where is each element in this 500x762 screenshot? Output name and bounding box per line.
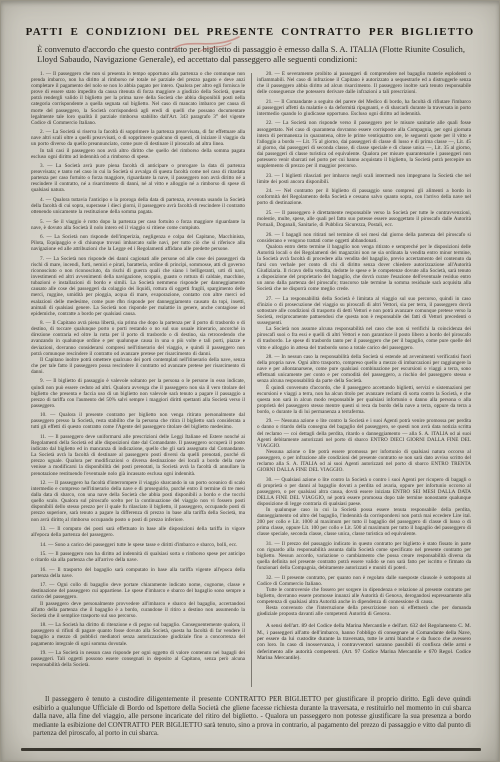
clause-22: 22. — La Società non risponde verso il p… bbox=[257, 120, 471, 169]
clause-paragraph: 15. — Il passeggero non ha diritto ad in… bbox=[31, 551, 245, 563]
clause-paragraph: 22. — La Società non risponde verso il p… bbox=[257, 120, 471, 169]
clause-8: 8. — Il Capitano avrà piena libertà, sia… bbox=[31, 320, 245, 375]
clause-17: 17. — Ogni collo di bagaglio deve portar… bbox=[31, 582, 245, 619]
clause-paragraph: 2. — La Società si riserva la facoltà di… bbox=[31, 129, 245, 147]
clause-paragraph: 1. — Il passeggero che non si presenta i… bbox=[31, 71, 245, 126]
scan-speck bbox=[433, 153, 434, 154]
clause-paragraph: La Società non assume alcuna responsabil… bbox=[257, 326, 471, 350]
contract-columns: 1. — Il passeggero che non si presenta i… bbox=[31, 71, 473, 691]
clause-paragraph: 8. — Il Capitano avrà piena libertà, sia… bbox=[31, 320, 245, 357]
clause-21: 21. — Il Comandante a seguito del parere… bbox=[257, 99, 471, 117]
clause-12: 12. — Il passeggero ha facoltà d'interro… bbox=[31, 480, 245, 523]
clause-paragraph: In tali casi il passeggero non avrà altr… bbox=[31, 148, 245, 160]
clause-paragraph: In qualunque caso in cui la Società poss… bbox=[257, 507, 471, 537]
clause-18: 18. — La Società ha diritto di ritenzion… bbox=[31, 622, 245, 646]
clause-32: 32. — Il presente contratto, per quanto … bbox=[257, 575, 471, 618]
clause-paragraph: 17. — Ogni collo di bagaglio deve portar… bbox=[31, 582, 245, 600]
clause-paragraph: 31. — Il prezzo del passaggio indicato i… bbox=[257, 541, 471, 571]
clause-paragraph: 6. — La Società non risponde dell'imperi… bbox=[31, 234, 245, 252]
clause-10: 10. — Qualora il presente contratto per … bbox=[31, 412, 245, 430]
clause-paragraph: Resta convenuto che l'interruzione della… bbox=[257, 605, 471, 617]
arms-regulation-note: A sensi dell'art. 89 del Codice della Ma… bbox=[257, 623, 471, 661]
clause-6: 6. — La Società non risponde dell'imperi… bbox=[31, 234, 245, 252]
footer-paragraph: Il passeggero è tenuto a custodire dilig… bbox=[33, 695, 471, 738]
clause-paragraph: 12. — Il passeggero ha facoltà d'interro… bbox=[31, 480, 245, 523]
scan-speck bbox=[263, 613, 265, 614]
clause-paragraph: 24. — Nel contratto per il biglietto di … bbox=[257, 188, 471, 206]
clause-20: 20. — È severamente proibito ai passegge… bbox=[257, 71, 471, 95]
clause-7: 7. — La Società non risponde dei danni c… bbox=[31, 256, 245, 317]
clause-13: 13. — Il computo dei posti sarà effettua… bbox=[31, 526, 245, 538]
clause-paragraph: 19. — La Società in nessun caso risponde… bbox=[31, 650, 245, 668]
scan-speck bbox=[63, 521, 64, 523]
clause-paragraph: 5. — Se il viaggio è rotto dopo la parte… bbox=[31, 219, 245, 231]
clause-paragraph: Tutte le controversie che fossero per so… bbox=[257, 587, 471, 605]
clause-paragraph: 9. — Il biglietto di passaggio è valevol… bbox=[31, 378, 245, 408]
clause-paragraph: Nessuna azione o lite potrà essere promo… bbox=[257, 449, 471, 473]
scan-speck bbox=[119, 299, 121, 301]
clause-26: 26. — I bagagli non ritirati nel termine… bbox=[257, 232, 471, 293]
clause-paragraph: 11. — Il passeggero deve uniformarsi all… bbox=[31, 434, 245, 477]
left-column: 1. — Il passeggero che non si presenta i… bbox=[31, 71, 245, 691]
clause-paragraph: È quindi convenuto d'accordo, che il pas… bbox=[257, 385, 471, 415]
clause-28: 28. — In nessun caso la responsabilità d… bbox=[257, 354, 471, 415]
clause-paragraph: 10. — Qualora il presente contratto per … bbox=[31, 412, 245, 430]
clause-paragraph: 32. — Il presente contratto, per quanto … bbox=[257, 575, 471, 587]
bottom-rule bbox=[21, 748, 481, 751]
clause-19: 19. — La Società in nessun caso risponde… bbox=[31, 650, 245, 668]
clause-24: 24. — Nel contratto per il biglietto di … bbox=[257, 188, 471, 206]
clause-paragraph: A sensi dell'art. 89 del Codice della Ma… bbox=[257, 623, 471, 661]
clause-paragraph: 26. — I bagagli non ritirati nel termine… bbox=[257, 232, 471, 244]
clause-25: 25. — Il passeggero è direttamente respo… bbox=[257, 210, 471, 228]
clause-paragraph: 13. — Il computo dei posti sarà effettua… bbox=[31, 526, 245, 538]
ticket-contract-page: PATTI E CONDIZIONI DEL PRESENTE CONTRATT… bbox=[0, 0, 500, 762]
clause-27: 27. — La responsabilità della Società è … bbox=[257, 296, 471, 351]
clause-1: 1. — Il passeggero che non si presenta i… bbox=[31, 71, 245, 126]
page-subtitle: È convenuto d'accordo che questo contrat… bbox=[37, 44, 465, 64]
clause-29: 29. — Nessuna azione o lite contro la So… bbox=[257, 418, 471, 473]
clause-paragraph: 23. — I biglietti rilasciati per imbarco… bbox=[257, 173, 471, 185]
clause-4: 4. — Qualora tuttavia l'anticipo o la pr… bbox=[31, 197, 245, 215]
clause-30: 30. — Qualsiasi azione o lite contro la … bbox=[257, 477, 471, 538]
clause-14: 14. — Sono a carico dei passeggeri tutte… bbox=[31, 542, 245, 548]
clause-11: 11. — Il passeggero deve uniformarsi all… bbox=[31, 434, 245, 477]
column-divider bbox=[251, 73, 252, 687]
clause-paragraph: 16. — Il trasporto del bagaglio sarà com… bbox=[31, 567, 245, 579]
clause-paragraph: 7. — La Società non risponde dei danni c… bbox=[31, 256, 245, 317]
clause-9: 9. — Il biglietto di passaggio è valevol… bbox=[31, 378, 245, 408]
clause-5: 5. — Se il viaggio è rotto dopo la parte… bbox=[31, 219, 245, 231]
clause-paragraph: 28. — In nessun caso la responsabilità d… bbox=[257, 354, 471, 384]
clause-paragraph: 20. — È severamente proibito ai passegge… bbox=[257, 71, 471, 95]
clause-16: 16. — Il trasporto del bagaglio sarà com… bbox=[31, 567, 245, 579]
page-title: PATTI E CONDIZIONI DEL PRESENTE CONTRATT… bbox=[1, 1, 499, 38]
clause-paragraph: 4. — Qualora tuttavia l'anticipo o la pr… bbox=[31, 197, 245, 215]
clause-2: 2. — La Società si riserva la facoltà di… bbox=[31, 129, 245, 159]
clause-paragraph: 3. — La Società avrà pure piena facoltà … bbox=[31, 163, 245, 193]
clause-paragraph: Il passeggero deve personalmente provved… bbox=[31, 601, 245, 619]
clause-3: 3. — La Società avrà pure piena facoltà … bbox=[31, 163, 245, 193]
clause-paragraph: 14. — Sono a carico dei passeggeri tutte… bbox=[31, 542, 245, 548]
document-header: PATTI E CONDIZIONI DEL PRESENTE CONTRATT… bbox=[1, 1, 499, 64]
right-column: 20. — È severamente proibito ai passegge… bbox=[257, 71, 471, 691]
clause-23: 23. — I biglietti rilasciati per imbarco… bbox=[257, 173, 471, 185]
clause-paragraph: 27. — La responsabilità della Società è … bbox=[257, 296, 471, 326]
clause-31: 31. — Il prezzo del passaggio indicato i… bbox=[257, 541, 471, 571]
clause-paragraph: 21. — Il Comandante a seguito del parere… bbox=[257, 99, 471, 117]
clause-paragraph: Il Capitano inoltre potrà omettere qualc… bbox=[31, 357, 245, 375]
clause-paragraph: Qualora entro detto termine il bagaglio … bbox=[257, 244, 471, 293]
clause-paragraph: 18. — La Società ha diritto di ritenzion… bbox=[31, 622, 245, 646]
clause-paragraph: 30. — Qualsiasi azione o lite contro la … bbox=[257, 477, 471, 507]
clause-15: 15. — Il passeggero non ha diritto ad in… bbox=[31, 551, 245, 563]
clause-paragraph: 25. — Il passeggero è direttamente respo… bbox=[257, 210, 471, 228]
scan-speck bbox=[389, 433, 390, 434]
clause-paragraph: 29. — Nessuna azione o lite contro la So… bbox=[257, 418, 471, 448]
